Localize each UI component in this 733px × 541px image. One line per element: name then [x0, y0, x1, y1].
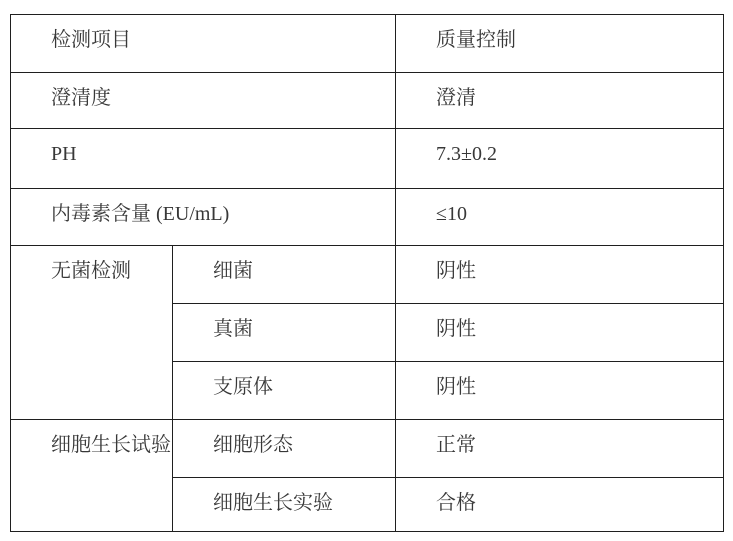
cell-fungi-value: 阴性 — [396, 304, 724, 362]
table-row: 内毒素含量 (EU/mL) ≤10 — [11, 189, 724, 246]
cell-endotoxin-value: ≤10 — [396, 189, 724, 246]
cell-mycoplasma-value: 阴性 — [396, 362, 724, 420]
cell-cell-growth-group-label: 细胞生长试验 — [11, 420, 173, 532]
header-cell-test-item: 检测项目 — [11, 15, 396, 73]
quality-control-table: 检测项目 质量控制 澄清度 澄清 PH 7.3±0.2 内毒素含量 (EU/mL… — [10, 14, 724, 532]
cell-sterility-group-label: 无菌检测 — [11, 246, 173, 420]
cell-ph-value: 7.3±0.2 — [396, 129, 724, 189]
table-row: 澄清度 澄清 — [11, 73, 724, 129]
cell-bacteria-item: 细菌 — [173, 246, 396, 304]
table-header-row: 检测项目 质量控制 — [11, 15, 724, 73]
cell-bacteria-value: 阴性 — [396, 246, 724, 304]
table-row: 无菌检测 细菌 阴性 — [11, 246, 724, 304]
table-row: PH 7.3±0.2 — [11, 129, 724, 189]
cell-fungi-item: 真菌 — [173, 304, 396, 362]
header-cell-quality-control: 质量控制 — [396, 15, 724, 73]
cell-endotoxin-item: 内毒素含量 (EU/mL) — [11, 189, 396, 246]
cell-morphology-item: 细胞形态 — [173, 420, 396, 478]
cell-growth-test-value: 合格 — [396, 478, 724, 532]
document-page: 检测项目 质量控制 澄清度 澄清 PH 7.3±0.2 内毒素含量 (EU/mL… — [0, 0, 733, 541]
cell-clarity-item: 澄清度 — [11, 73, 396, 129]
cell-clarity-value: 澄清 — [396, 73, 724, 129]
cell-ph-item: PH — [11, 129, 396, 189]
cell-morphology-value: 正常 — [396, 420, 724, 478]
table-row: 细胞生长试验 细胞形态 正常 — [11, 420, 724, 478]
cell-mycoplasma-item: 支原体 — [173, 362, 396, 420]
cell-growth-test-item: 细胞生长实验 — [173, 478, 396, 532]
